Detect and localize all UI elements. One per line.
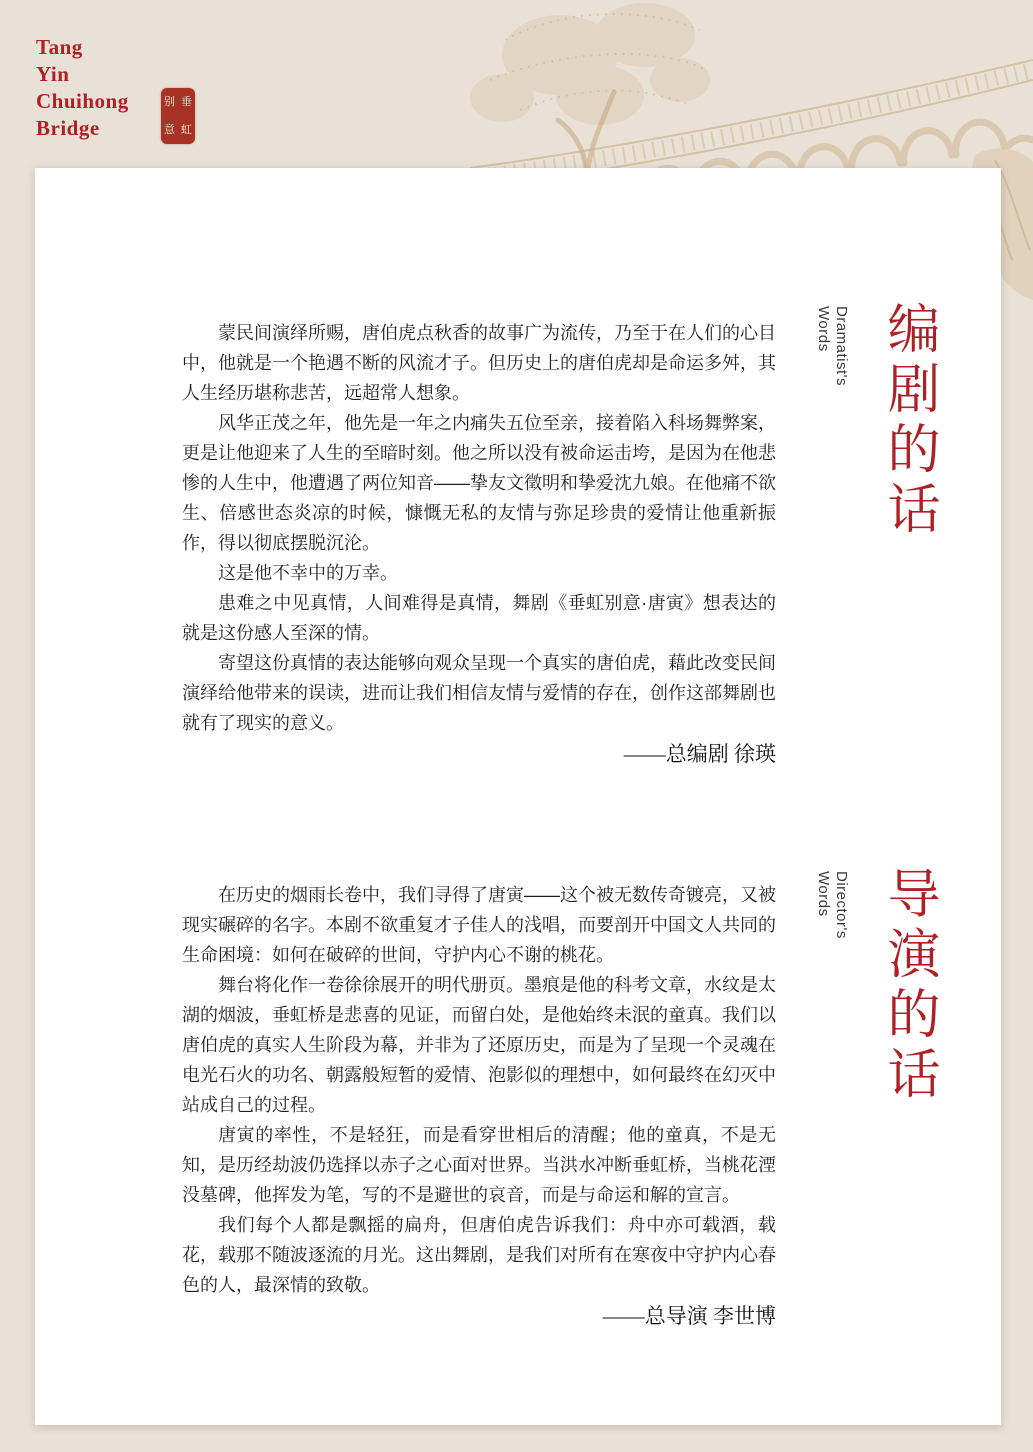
seal-char: 垂 xyxy=(181,97,192,108)
brochure-page: { "logo": { "lines": ["Tang", "Yin", "Ch… xyxy=(0,0,1033,1452)
paragraph: 患难之中见真情，人间难得是真情，舞剧《垂虹别意·唐寅》想表达的就是这份感人至深的… xyxy=(182,588,776,648)
dramatist-words-title: 编剧的话 xyxy=(879,301,939,541)
logo-line: Bridge xyxy=(36,115,129,142)
logo-line: Chuihong xyxy=(36,88,129,115)
dramatist-words-english-label: Dramatist's Words xyxy=(814,306,850,386)
paragraph: 蒙民间演绎所赐，唐伯虎点秋香的故事广为流传，乃至于在人们的心目中，他就是一个艳遇… xyxy=(182,318,776,408)
director-words-english-label: Director's Words xyxy=(814,871,850,939)
director-words-title: 导演的话 xyxy=(879,866,939,1106)
tree-foliage xyxy=(470,3,710,125)
director-signature: ——总导演 李世博 xyxy=(182,1301,776,1331)
logo-line: Tang xyxy=(36,34,129,61)
seal-char: 虹 xyxy=(181,125,192,136)
seal-stamp-icon: 垂 虹 别 意 xyxy=(161,88,195,144)
paragraph: 舞台将化作一卷徐徐展开的明代册页。墨痕是他的科考文章，水纹是太湖的烟波，垂虹桥是… xyxy=(182,970,776,1120)
content-panel: 蒙民间演绎所赐，唐伯虎点秋香的故事广为流传，乃至于在人们的心目中，他就是一个艳遇… xyxy=(35,168,1001,1425)
paragraph: 唐寅的率性，不是轻狂，而是看穿世相后的清醒；他的童真，不是无知，是历经劫波仍选择… xyxy=(182,1120,776,1210)
paragraph: 风华正茂之年，他先是一年之内痛失五位至亲，接着陷入科场舞弊案，更是让他迎来了人生… xyxy=(182,408,776,558)
logo-line: Yin xyxy=(36,61,129,88)
logo-title: Tang Yin Chuihong Bridge xyxy=(36,34,129,142)
seal-char: 别 xyxy=(164,97,175,108)
paragraph: 这是他不幸中的万幸。 xyxy=(182,558,776,588)
paragraph: 我们每个人都是飘摇的扁舟，但唐伯虎告诉我们：舟中亦可载酒，载花，载那不随波逐流的… xyxy=(182,1210,776,1300)
paragraph: 寄望这份真情的表达能够向观众呈现一个真实的唐伯虎，藉此改变民间演绎给他带来的误读… xyxy=(182,648,776,738)
seal-char: 意 xyxy=(164,125,175,136)
dramatist-signature: ——总编剧 徐瑛 xyxy=(182,739,776,769)
dramatist-words-body: 蒙民间演绎所赐，唐伯虎点秋香的故事广为流传，乃至于在人们的心目中，他就是一个艳遇… xyxy=(182,318,776,738)
director-words-body: 在历史的烟雨长卷中，我们寻得了唐寅——这个被无数传奇镀亮，又被现实碾碎的名字。本… xyxy=(182,880,776,1300)
paragraph: 在历史的烟雨长卷中，我们寻得了唐寅——这个被无数传奇镀亮，又被现实碾碎的名字。本… xyxy=(182,880,776,970)
